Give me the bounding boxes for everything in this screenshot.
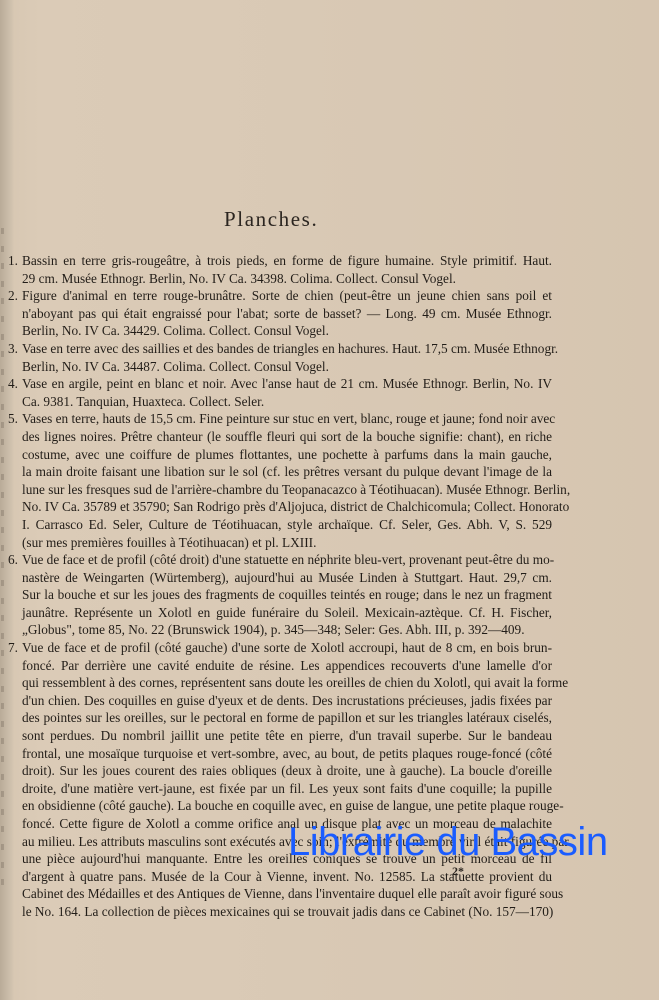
plate-entry: Vases en terre, hauts de 15,5 cm. Fine p… (22, 410, 552, 551)
entry-line: 29 cm. Musée Ethnogr. Berlin, No. IV Ca.… (22, 270, 552, 288)
page-title: Planches. (224, 207, 318, 232)
entry-line: Vases en terre, hauts de 15,5 cm. Fine p… (22, 410, 552, 428)
entry-line: d'un chien. Des coquilles en guise d'yeu… (22, 692, 552, 710)
bleed-through-mark (1, 862, 10, 868)
plate-entry: Vue de face et de profil (côté gauche) d… (22, 639, 552, 921)
bleed-through-mark (1, 809, 10, 815)
entry-line: Ca. 9381. Tanquian, Huaxteca. Collect. S… (22, 393, 552, 411)
entry-line: I. Carrasco Ed. Seler, Culture de Téotih… (22, 516, 552, 534)
bleed-through-mark (1, 545, 10, 551)
bleed-through-mark (1, 228, 10, 234)
bleed-through-mark (1, 791, 10, 797)
entry-line: „Globus", tome 85, No. 22 (Brunswick 190… (22, 621, 552, 639)
entry-line: des pointes sur les oreilles, sur le pec… (22, 709, 552, 727)
bleed-through-mark (1, 721, 10, 727)
entry-line: Figure d'animal en terre rouge-brunâtre.… (22, 287, 552, 305)
watermark-overlay: Librairie du Bassin (288, 818, 608, 866)
entry-line: droit). Sur les joues courent des raies … (22, 762, 552, 780)
bleed-through-mark (1, 281, 10, 287)
bleed-through-mark (1, 774, 10, 780)
bleed-through-mark (1, 756, 10, 762)
plate-entry: Vase en argile, peint en blanc et noir. … (22, 375, 552, 410)
bleed-through-mark (1, 369, 10, 375)
entry-number: 7. (8, 639, 20, 657)
plate-entry: Bassin en terre gris-rougeâtre, à trois … (22, 252, 552, 287)
entry-line: droite, d'une matière vert-jaune, est fi… (22, 780, 552, 798)
page-gutter-shadow (0, 0, 14, 1000)
entry-line: frontal, une mosaïque turquoise et vert-… (22, 745, 552, 763)
entry-line: d'argent à quatre pans. Musée de la Cour… (22, 868, 552, 886)
bleed-through-mark (1, 615, 10, 621)
entry-line: Vue de face et de profil (côté gauche) d… (22, 639, 552, 657)
bleed-through-mark (1, 580, 10, 586)
entry-line: la main droite faisant une libation sur … (22, 463, 552, 481)
plate-entry: Vue de face et de profil (côté droit) d'… (22, 551, 552, 639)
entry-line: lune sur les fresques sud de l'arrière-c… (22, 481, 552, 499)
entry-line: costume, avec une coiffure de plumes flo… (22, 446, 552, 464)
bleed-through-mark (1, 703, 10, 709)
bleed-through-mark (1, 686, 10, 692)
scanned-book-page: Planches. Bassin en terre gris-rougeâtre… (0, 0, 659, 1000)
entry-line: qui ressemblent à des cornes, représente… (22, 674, 552, 692)
entry-line: le No. 164. La collection de pièces mexi… (22, 903, 552, 921)
entry-line: Cabinet des Médailles et des Antiques de… (22, 885, 552, 903)
bleed-through-mark (1, 738, 10, 744)
bleed-through-mark (1, 844, 10, 850)
entry-number: 2. (8, 287, 20, 305)
bleed-through-mark (1, 474, 10, 480)
entry-line: Sur la bouche et sur les joues des fragm… (22, 586, 552, 604)
bleed-through-mark (1, 334, 10, 340)
entry-line: Berlin, No. IV Ca. 34429. Colima. Collec… (22, 322, 552, 340)
bleed-through-mark (1, 668, 10, 674)
bleed-through-mark (1, 510, 10, 516)
entry-line: n'aboyant pas qui était engraissé pour l… (22, 305, 552, 323)
bleed-through-mark (1, 598, 10, 604)
entry-number: 3. (8, 340, 20, 358)
bleed-through-mark (1, 316, 10, 322)
bleed-through-mark (1, 633, 10, 639)
bleed-through-mark (1, 527, 10, 533)
entry-number: 6. (8, 551, 20, 569)
bleed-through-mark (1, 879, 10, 885)
entry-line: jaunâtre. Représente un Xolotl en guide … (22, 604, 552, 622)
bleed-through-mark (1, 492, 10, 498)
entry-line: Vue de face et de profil (côté droit) d'… (22, 551, 552, 569)
entry-line: Vase en argile, peint en blanc et noir. … (22, 375, 552, 393)
bleed-through-mark (1, 457, 10, 463)
bleed-through-mark (1, 439, 10, 445)
entry-number: 4. (8, 375, 20, 393)
entry-line: en obsidienne (côté gauche). La bouche e… (22, 797, 552, 815)
entry-line: des lignes noires. Prêtre chanteur (le s… (22, 428, 552, 446)
plate-entry: Figure d'animal en terre rouge-brunâtre.… (22, 287, 552, 340)
entry-line: No. IV Ca. 35789 et 35790; San Rodrigo p… (22, 498, 552, 516)
page-number: 2* (452, 864, 464, 879)
bleed-through-mark (1, 826, 10, 832)
bleed-through-mark (1, 246, 10, 252)
entry-line: Berlin, No. IV Ca. 34487. Colima. Collec… (22, 358, 552, 376)
bleed-through-mark (1, 404, 10, 410)
entry-line: foncé. Par derrière une cavité enduite d… (22, 657, 552, 675)
entry-number: 1. (8, 252, 20, 270)
plate-entry: Vase en terre avec des saillies et des b… (22, 340, 552, 375)
entry-line: sont perdues. Du nombril jaillit une pet… (22, 727, 552, 745)
entry-line: Vase en terre avec des saillies et des b… (22, 340, 552, 358)
entry-number: 5. (8, 410, 20, 428)
entry-line: (sur mes premières fouilles à Téotihuaca… (22, 534, 552, 552)
entry-line: nastère de Weingarten (Würtemberg), aujo… (22, 569, 552, 587)
entry-line: Bassin en terre gris-rougeâtre, à trois … (22, 252, 552, 270)
